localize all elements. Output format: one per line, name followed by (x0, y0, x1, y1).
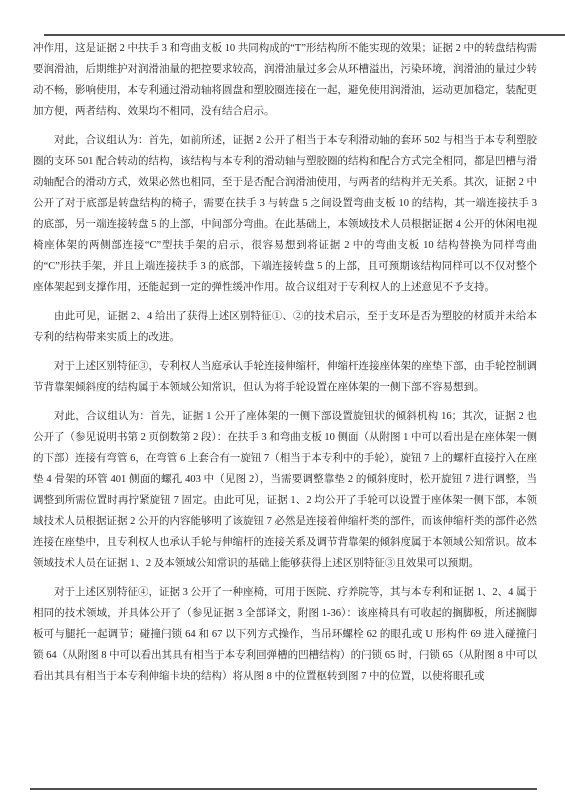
document-content: 冲作用，这是证据 2 中扶手 3 和弯曲支板 10 共同构成的“T”形结构所不能… (33, 38, 537, 695)
footer-rule (30, 788, 537, 790)
paragraph-2: 对此，合议组认为：首先，如前所述，证据 2 公开了相当于本专利滑动轴的套环 50… (33, 130, 537, 298)
paragraph-3: 由此可见，证据 2、4 给出了获得上述区别特征①、②的技术启示，至于支环是否为塑… (33, 306, 537, 348)
paragraph-6: 对于上述区别特征④，证据 3 公开了一种座椅，可用于医院、疗养院等，其与本专利和… (33, 582, 537, 687)
paragraph-1: 冲作用，这是证据 2 中扶手 3 和弯曲支板 10 共同构成的“T”形结构所不能… (33, 38, 537, 122)
document-page: 冲作用，这是证据 2 中扶手 3 和弯曲支板 10 共同构成的“T”形结构所不能… (0, 0, 565, 800)
paragraph-5: 对此，合议组认为：首先，证据 1 公开了座体架的一侧下部设置旋钮状的倾斜机构 1… (33, 406, 537, 574)
header-rule (44, 34, 565, 36)
paragraph-4: 对于上述区别特征③，专利权人当庭承认手轮连接伸缩杆，伸缩杆连接座体架的座垫下部，… (33, 356, 537, 398)
